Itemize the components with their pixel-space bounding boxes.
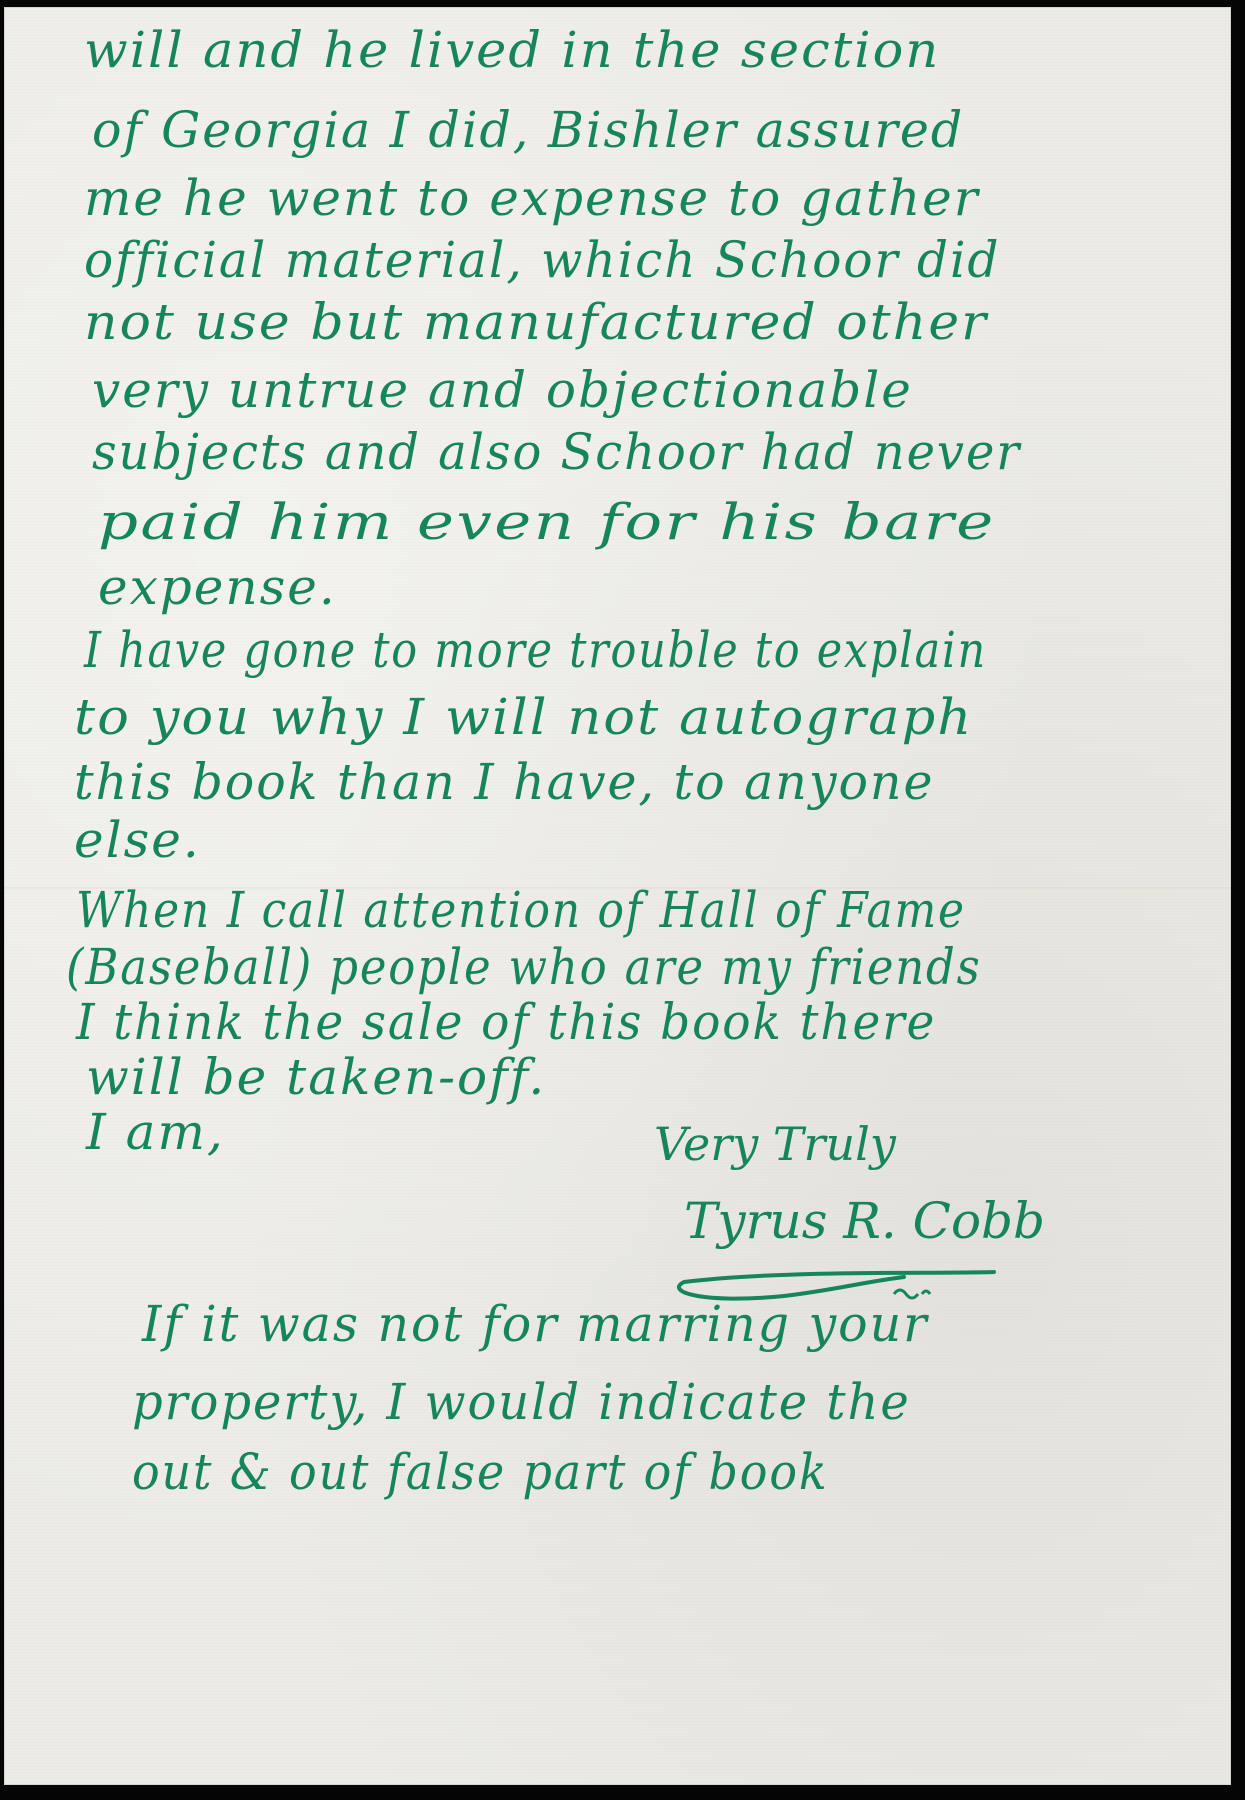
letter-line-2: of Georgia I did, Bishler assured <box>92 105 964 155</box>
letter-line-15: (Baseball) people who are my friends <box>66 942 982 992</box>
letter-line-5: not use but manufactured other <box>84 297 988 347</box>
letter-line-1: will and he lived in the section <box>84 25 940 75</box>
postscript-line-2: property, I would indicate the <box>132 1377 911 1427</box>
letter-line-13: else. <box>74 815 201 865</box>
signature: Tyrus R. Cobb <box>684 1192 1045 1250</box>
letter-line-16: I think the sale of this book there <box>76 997 936 1047</box>
letter-line-8: paid him even for his bare <box>98 497 996 547</box>
letter-line-11: to you why I will not autograph <box>74 692 973 742</box>
letter-line-12: this book than I have, to anyone <box>74 757 934 807</box>
closing-salutation: Very Truly <box>654 1117 896 1171</box>
letter-line-10: I have gone to more trouble to explain <box>84 625 987 675</box>
letter-line-7: subjects and also Schoor had never <box>92 427 1021 477</box>
letter-line-9: expense. <box>98 562 337 612</box>
postscript-line-3: out & out false part of book <box>132 1447 829 1497</box>
letter-line-6: very untrue and objectionable <box>92 365 913 415</box>
letter-line-4: official material, which Schoor did <box>84 235 1000 285</box>
letter-line-14: When I call attention of Hall of Fame <box>76 885 966 935</box>
letter-line-17: will be taken-off. <box>86 1052 546 1102</box>
letter-page: will and he lived in the section of Geor… <box>4 7 1231 1785</box>
letter-line-3: me he went to expense to gather <box>84 173 980 223</box>
postscript-line-1: If it was not for marring your <box>142 1299 929 1349</box>
letter-line-18: I am, <box>86 1107 225 1157</box>
